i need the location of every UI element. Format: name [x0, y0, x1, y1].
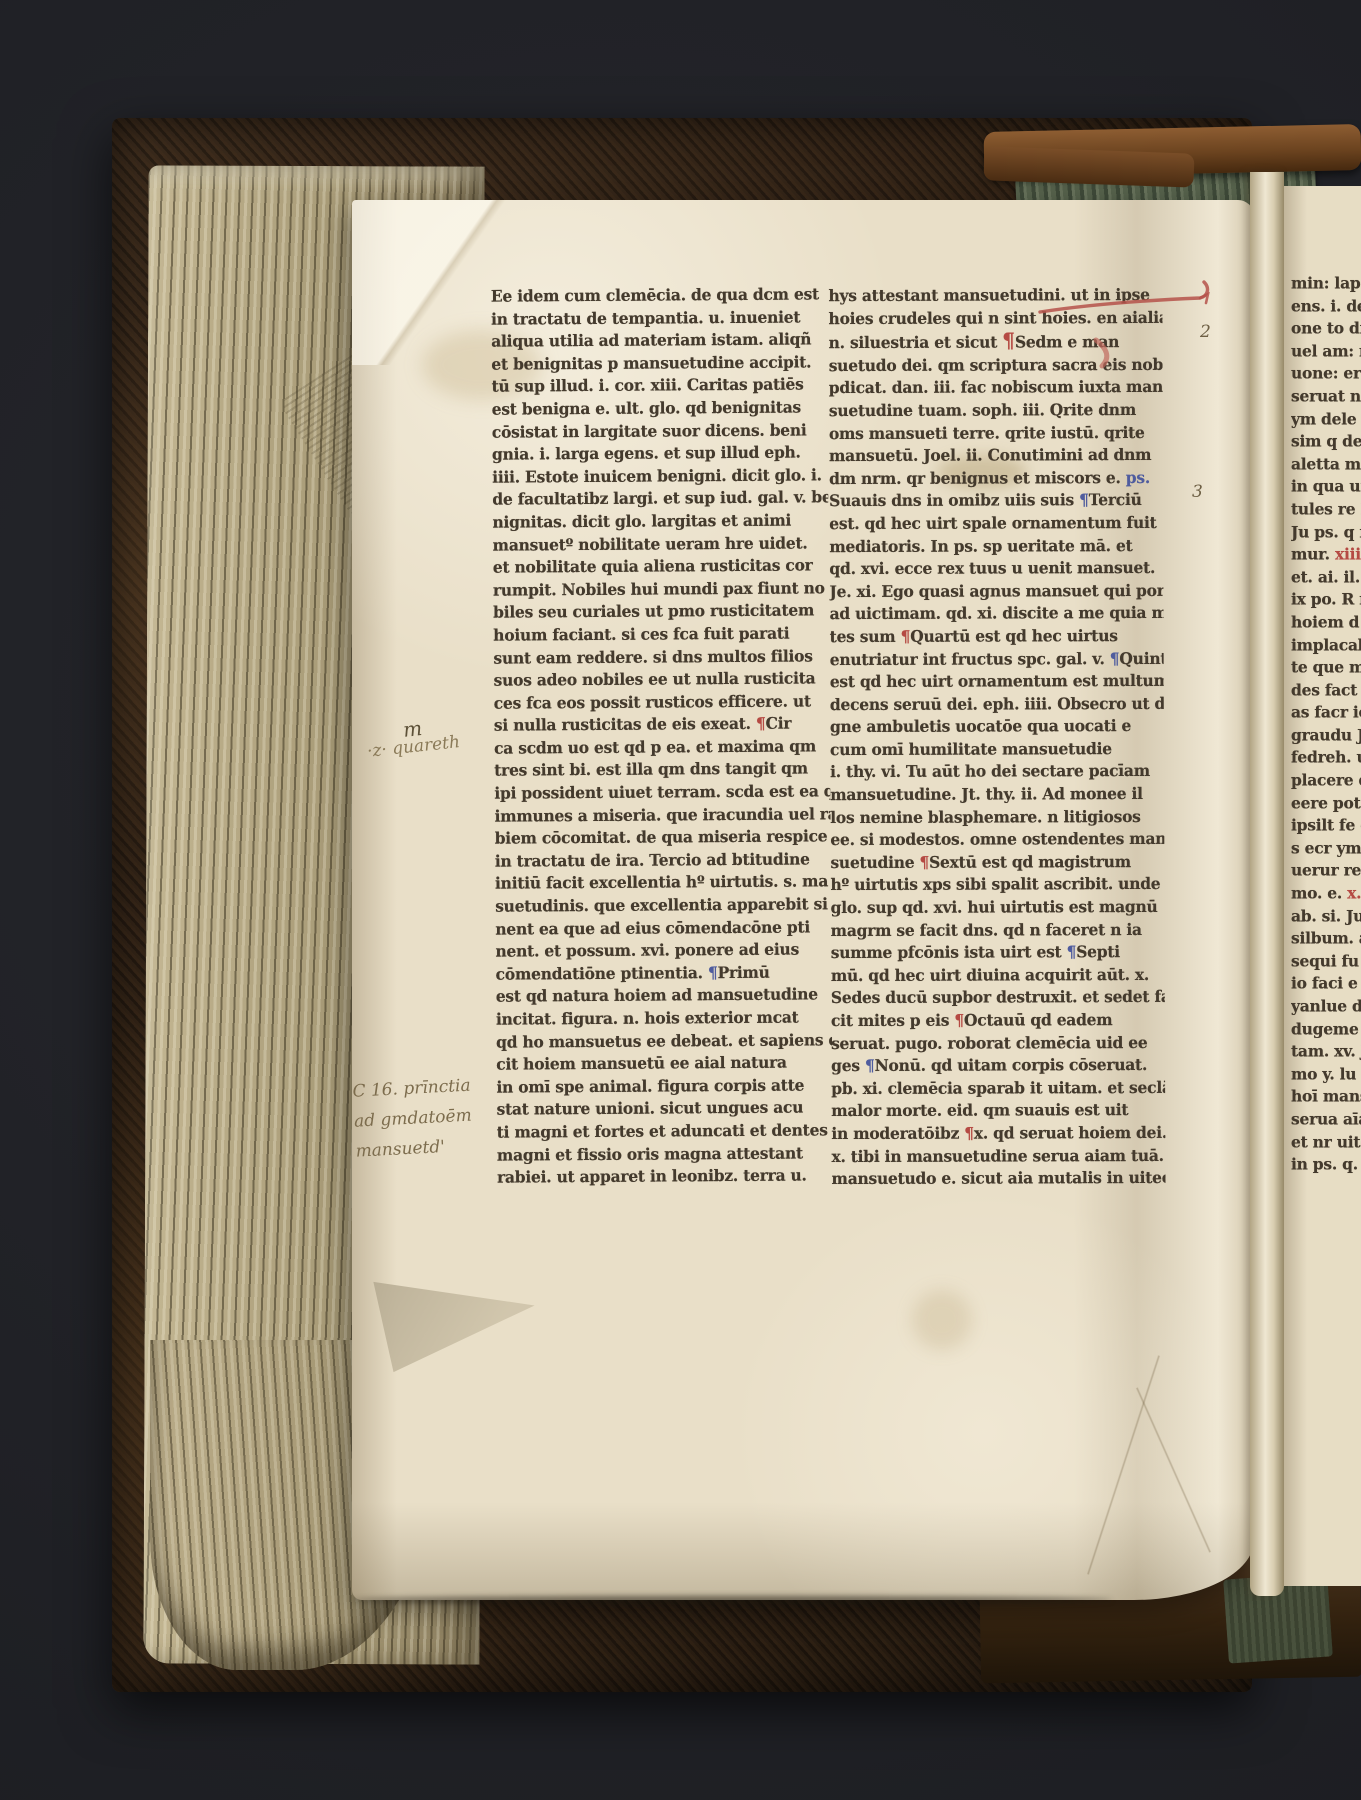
ink-text: s ecr ymo — [1291, 838, 1361, 858]
ink-text: nent. et possum. xvi. ponere ad eius — [495, 939, 799, 961]
manuscript-line: tules re Flo — [1291, 498, 1361, 521]
manuscript-line: ix po. R n — [1291, 588, 1361, 611]
ink-text: ab. si. Ju ua — [1291, 906, 1361, 926]
manuscript-line: biles seu curiales ut pmo rusticitatem — [493, 599, 829, 625]
ink-text: ym dele bar — [1291, 409, 1361, 429]
manuscript-line: mansuetº nobilitate ueram hre uidet. — [493, 531, 829, 557]
ink-text: Quintū — [1119, 648, 1163, 668]
ink-text: mo y. lu d — [1291, 1064, 1361, 1084]
ink-text: uone: erua — [1291, 363, 1361, 383]
manuscript-line: mo. e. x. Rome — [1291, 882, 1361, 905]
manuscript-line: placere dep — [1291, 769, 1361, 792]
manuscript-line: hoiem d o — [1291, 611, 1361, 634]
ink-text: est qd natura hoiem ad mansuetudine — [496, 984, 818, 1006]
rubric-mark: ¶ — [919, 852, 929, 872]
ink-text: pb. xi. clemēcia sparab it uitam. et sec… — [831, 1077, 1165, 1098]
ink-text: in ps. q. fu — [1291, 1154, 1361, 1174]
ink-text: seruat. pugo. roborat clemēcia uid ee — [831, 1032, 1147, 1053]
manuscript-line: initiū facit excellentia hº uirtutis. s.… — [495, 870, 831, 896]
page-stain — [912, 1290, 972, 1350]
ink-text: aletta moll — [1291, 454, 1361, 474]
ink-text: sim q del. m — [1291, 431, 1361, 451]
manuscript-line: hoies crudeles qui n sint hoies. en aial… — [828, 306, 1162, 330]
manuscript-line: suetudo dei. qm scriptura sacra eis nobi… — [829, 353, 1163, 377]
ink-text: mur. — [1291, 544, 1335, 564]
rubric-mark: xiii — [1335, 544, 1361, 564]
ink-text: mansuetº nobilitate ueram hre uidet. — [493, 533, 808, 555]
ink-text: mediatoris. In ps. sp ueritate mā. et — [829, 535, 1132, 556]
manuscript-line: de facultatibz largi. et sup iud. gal. v… — [492, 486, 828, 512]
ink-text: tes sum — [830, 626, 901, 646]
manuscript-line: dm nrm. qr benignus et miscors e. ps. — [829, 466, 1163, 490]
manuscript-line: graudu Ju — [1291, 724, 1361, 747]
ink-text: yanlue dici — [1291, 996, 1361, 1016]
ink-text: sunt eam reddere. si dns multos filios — [493, 645, 812, 667]
manuscript-line: fedreh. u. b — [1291, 746, 1361, 769]
manuscript-line: magrm se facit dns. qd n faceret n ia — [831, 918, 1165, 942]
rubric-mark: ¶ — [756, 714, 766, 734]
manuscript-line: ee. si modestos. omne ostendentes man — [830, 828, 1164, 852]
page-damage-triangle — [370, 1278, 538, 1376]
ink-text: oms mansueti terre. qrite iustū. qrite — [829, 422, 1145, 443]
ink-text: suetudo dei. qm scriptura sacra eis nobi… — [829, 354, 1163, 375]
manuscript-line: seruat ne m — [1291, 385, 1361, 408]
ink-text: uel am: re ui — [1291, 341, 1361, 361]
manuscript-line: qd. xvi. ecce rex tuus u uenit mansuet. — [829, 557, 1163, 581]
ink-text: in omī spe animal. figura corpis atte — [496, 1075, 804, 1097]
ink-text: Sedm e man — [1015, 332, 1119, 352]
manuscript-line: mansuetū. Joel. ii. Conutimini ad dnm — [829, 444, 1163, 468]
manuscript-line: mansuetudo e. sicut aia mutalis in uiteo… — [831, 1167, 1165, 1191]
ink-text: Primū — [717, 962, 769, 982]
ink-text: ces fca eos possit rusticos efficere. ut — [494, 691, 811, 713]
manuscript-line: decens seruū dei. eph. iiii. Obsecro ut … — [830, 692, 1164, 716]
manuscript-line: in moderatōibz ¶x. qd seruat hoiem dei. — [831, 1121, 1165, 1145]
manuscript-line: ipi possident uiuet terram. scda est ea … — [494, 780, 830, 806]
manuscript-line: pdicat. dan. iii. fac nobiscum iuxta man — [829, 376, 1163, 400]
ink-text: est qd hec uirt ornamentum est multum — [830, 671, 1164, 692]
ink-text: si nulla rusticitas de eis exeat. — [494, 714, 756, 735]
ink-text: gnia. i. larga egens. et sup illud eph. — [492, 442, 801, 464]
ink-text: Septi — [1076, 942, 1120, 962]
manuscript-line: hoium faciant. si ces fca fuit parati — [493, 622, 829, 648]
manuscript-line: sim q del. m — [1291, 430, 1361, 453]
ink-text: et nr uiteo — [1291, 1132, 1361, 1152]
manuscript-line: s ecr ymo — [1291, 837, 1361, 860]
manuscript-line: implacab ee — [1291, 634, 1361, 657]
rubric-mark: x. — [1347, 883, 1361, 903]
manuscript-line: serua aīa — [1291, 1108, 1361, 1131]
ink-text: et. ai. il. q — [1291, 567, 1361, 587]
text-column-right: hys attestant mansuetudini. ut in ipseho… — [828, 283, 1165, 1196]
ink-text: cōsistat in largitate suor dicens. beni — [492, 420, 807, 442]
manuscript-line: cit hoiem mansuetū ee aial natura — [496, 1051, 832, 1077]
ink-text: suetudine — [830, 852, 919, 872]
ink-text: initiū facit excellentia hº uirtutis. s.… — [495, 871, 828, 893]
ink-text: ca scdm uo est qd p ea. et maxima qm — [494, 736, 816, 758]
manuscript-line: cit mites p eis ¶Octauū qd eadem — [831, 1008, 1165, 1032]
ink-text: hoiem d o — [1291, 612, 1361, 632]
ink-text: qd. xvi. ecce rex tuus u uenit mansuet. — [829, 558, 1155, 579]
text-column-left: Ee idem cum clemēcia. de qua dcm estin t… — [491, 283, 833, 1197]
manuscript-line: in ps. q. fu — [1291, 1153, 1361, 1176]
ink-text: de facultatibz largi. et sup iud. gal. v… — [492, 487, 828, 509]
ink-text: tres sint bi. est illa qm dns tangit qm — [494, 758, 808, 780]
manuscript-line: biem cōcomitat. de qua miseria respice — [495, 825, 831, 851]
manuscript-line: ti magni et fortes et aduncati et dentes — [497, 1119, 833, 1145]
ink-text: Sedes ducū supbor destruxit. et sedet fa — [831, 987, 1165, 1008]
rubric-mark: ¶ — [901, 626, 911, 646]
rubric-mark: ps. — [1126, 467, 1150, 487]
ink-text: hº uirtutis xps sibi spalit ascribit. un… — [830, 874, 1160, 895]
manuscript-line: et nr uiteo — [1291, 1131, 1361, 1154]
ink-text: placere dep — [1291, 770, 1361, 790]
manuscript-line: Sedes ducū supbor destruxit. et sedet fa — [831, 986, 1165, 1010]
manuscript-line: suetudine tuam. soph. iii. Qrite dnm — [829, 398, 1163, 422]
manuscript-line: cōsistat in largitate suor dicens. beni — [492, 418, 828, 444]
manuscript-line: eere pot o. b — [1291, 792, 1361, 815]
manuscript-line: in qua uirtu — [1291, 475, 1361, 498]
ink-text: seruat ne m — [1291, 386, 1361, 406]
manuscript-line: ad uictimam. qd. xi. discite a me quia m… — [830, 602, 1164, 626]
ink-text: suetudine tuam. soph. iii. Qrite dnm — [829, 400, 1136, 421]
ink-text: Ju ps. q n fu — [1291, 522, 1361, 542]
ink-text: rabiei. ut apparet in leonibz. terra u. — [497, 1165, 807, 1187]
manuscript-line: min: lap — [1291, 272, 1361, 295]
ink-text: aliqua utilia ad materiam istam. aliqñ — [491, 329, 811, 351]
ink-text: malor morte. eid. qm suauis est uit — [831, 1100, 1128, 1121]
ink-text: mū. qd hec uirt diuina acquirit aūt. x. — [831, 964, 1149, 985]
manuscript-line: x. tibi in mansuetudine serua aiam tuā. — [831, 1144, 1165, 1168]
ink-text: nignitas. dicit glo. largitas et animi — [492, 510, 791, 532]
manuscript-line: rabiei. ut apparet in leonibz. terra u. — [497, 1164, 833, 1190]
manuscript-line: mansuetudine. Jt. thy. ii. Ad monee il — [830, 782, 1164, 806]
manuscript-line: magni et fissio oris magna attestant — [497, 1141, 833, 1167]
ink-text: n. siluestria et sicut — [829, 332, 1003, 352]
manuscript-line: yanlue dici — [1291, 995, 1361, 1018]
ink-text: ipi possident uiuet terram. scda est ea … — [494, 781, 830, 803]
ink-text: rumpit. Nobiles hui mundi pax fiunt no — [493, 578, 825, 600]
manuscript-line: oms mansueti terre. qrite iustū. qrite — [829, 421, 1163, 445]
ink-text: uerur re Ju — [1291, 860, 1361, 880]
ink-text: des fact re — [1291, 680, 1361, 700]
manuscript-line: silbum. a ep — [1291, 927, 1361, 950]
manuscript-line: et. ai. il. q — [1291, 566, 1361, 589]
manuscript-line: malor morte. eid. qm suauis est uit — [831, 1099, 1165, 1123]
rubric-mark: ¶ — [1079, 490, 1089, 510]
manuscript-line: est qd natura hoiem ad mansuetudine — [496, 983, 832, 1009]
ink-text: mansuetudo e. sicut aia mutalis in uiteo… — [831, 1168, 1165, 1189]
manuscript-line: io faci e io — [1291, 972, 1361, 995]
margin-note-mansuetudo: C 16. prīnctia ad gmdatoēm mansuetd' — [352, 1067, 536, 1166]
ink-text: in tractatu de tempantia. u. inueniet — [491, 307, 800, 329]
ink-text: incitat. figura. n. hois exterior mcat — [496, 1007, 799, 1029]
margin-numeral-2: 2 — [1200, 322, 1211, 342]
page-wrinkle — [1087, 1355, 1161, 1575]
manuscript-line: Suauis dns in omibz uiis suis ¶Terciū — [829, 489, 1163, 513]
page-fold-edge — [1250, 172, 1284, 1596]
ink-text: biles seu curiales ut pmo rusticitatem — [493, 600, 814, 622]
page-bottom-shadow — [352, 1596, 1112, 1604]
manuscript-line: aliqua utilia ad materiam istam. aliqñ — [491, 328, 827, 354]
ink-text: x. tibi in mansuetudine serua aiam tuā. — [831, 1145, 1163, 1166]
ink-text: Cir — [766, 713, 792, 733]
ink-text: hys attestant mansuetudini. ut in ipse — [828, 284, 1149, 305]
ink-text: stat nature unioni. sicut ungues acu — [497, 1097, 804, 1119]
ink-text: ix po. R n — [1291, 589, 1361, 609]
manuscript-line: mediatoris. In ps. sp ueritate mā. et — [829, 534, 1163, 558]
ink-text: te que m le — [1291, 657, 1361, 677]
manuscript-line: ens. i. deo fr — [1291, 295, 1361, 318]
margin-numeral-3: 3 — [1192, 482, 1203, 502]
manuscript-line: Ee idem cum clemēcia. de qua dcm est — [491, 283, 827, 309]
ink-text: cōmendatiōne ptinentia. — [496, 963, 708, 984]
ink-text: Nonū. qd uitam corpis cōseruat. — [875, 1055, 1148, 1076]
ink-text: ti magni et fortes et aduncati et dentes — [497, 1120, 828, 1142]
manuscript-line: suos adeo nobiles ee ut nulla rusticita — [494, 667, 830, 693]
manuscript-line: ges ¶Nonū. qd uitam corpis cōseruat. — [831, 1054, 1165, 1078]
manuscript-line: incitat. figura. n. hois exterior mcat — [496, 1006, 832, 1032]
ink-text: in moderatōibz — [831, 1123, 964, 1143]
manuscript-line: gne ambuletis uocatōe qua uocati e — [830, 715, 1164, 739]
manuscript-line: nent. et possum. xvi. ponere ad eius — [495, 938, 831, 964]
manuscript-line: ab. si. Ju ua — [1291, 905, 1361, 928]
manuscript-line: pb. xi. clemēcia sparab it uitam. et sec… — [831, 1076, 1165, 1100]
page-wrinkle — [1136, 1387, 1212, 1553]
manuscript-line: sequi fu u ui — [1291, 950, 1361, 973]
ink-text: x. qd seruat hoiem dei. — [974, 1122, 1166, 1142]
ink-text: min: lap — [1291, 273, 1360, 293]
ink-text: immunes a miseria. que iracundia uel ra — [494, 803, 830, 825]
manuscript-line: Ju ps. q n fu — [1291, 521, 1361, 544]
ink-text: Quartū est qd hec uirtus — [910, 626, 1118, 646]
ink-text: ee. si modestos. omne ostendentes man — [830, 829, 1164, 850]
ink-text: hoies crudeles qui n sint hoies. en aial… — [828, 307, 1162, 328]
manuscript-line: tres sint bi. est illa qm dns tangit qm — [494, 757, 830, 783]
ink-text: serua aīa — [1291, 1109, 1361, 1129]
ink-text: Octauū qd eadem — [964, 1010, 1112, 1030]
ink-text: suos adeo nobiles ee ut nulla rusticita — [494, 668, 816, 690]
manuscript-line: tam. xv. Ju d — [1291, 1040, 1361, 1063]
ink-text: silbum. a ep — [1291, 928, 1361, 948]
manuscript-line: ym dele bar — [1291, 408, 1361, 431]
manuscript-line: sunt eam reddere. si dns multos filios — [493, 644, 829, 670]
ink-text: graudu Ju — [1291, 725, 1361, 745]
ink-text: et nobilitate quia aliena rusticitas cor — [493, 555, 813, 577]
ink-text: cit mites p eis — [831, 1010, 954, 1030]
manuscript-line: uone: erua — [1291, 362, 1361, 385]
ink-text: mansuetū. Joel. ii. Conutimini ad dnm — [829, 445, 1151, 466]
ink-text: ges — [831, 1056, 865, 1076]
manuscript-line: suetudine ¶Sextū est qd magistrum — [830, 850, 1164, 874]
manuscript-line: est qd hec uirt ornamentum est multum — [830, 670, 1164, 694]
manuscript-line: mū. qd hec uirt diuina acquirit aūt. x. — [831, 963, 1165, 987]
manuscript-line: uel am: re ui — [1291, 340, 1361, 363]
manuscript-line: los nemine blasphemare. n litigiosos — [830, 805, 1164, 829]
manuscript-line: cum omī humilitate mansuetudie — [830, 737, 1164, 761]
manuscript-line: mur. xiii — [1291, 543, 1361, 566]
ink-text: dugeme pat — [1291, 1019, 1361, 1039]
ink-text: mansuetudine. Jt. thy. ii. Ad monee il — [830, 784, 1143, 805]
ink-text: in qua uirtu — [1291, 476, 1361, 496]
ink-text: fedreh. u. b — [1291, 747, 1361, 767]
ink-text: pdicat. dan. iii. fac nobiscum iuxta man — [829, 377, 1163, 398]
ink-text: hoī mansue — [1291, 1086, 1361, 1106]
ink-text: dm nrm. qr benignus et miscors e. — [829, 467, 1126, 488]
ink-text: in tractatu de ira. Tercio ad btitudine — [495, 849, 810, 871]
ink-text: tules re Flo — [1291, 499, 1361, 519]
ink-text: ipsilt fe eter — [1291, 815, 1361, 835]
clasp-strap-segment — [983, 146, 1194, 187]
ink-text: los nemine blasphemare. n litigiosos — [830, 806, 1140, 827]
ink-text: Je. xi. Ego quasi agnus mansuet qui port… — [829, 580, 1163, 601]
rubric-mark: ¶ — [1002, 329, 1015, 353]
rubric-mark: ¶ — [964, 1123, 974, 1143]
manuscript-line: et nobilitate quia aliena rusticitas cor — [493, 554, 829, 580]
manuscript-line: te que m le — [1291, 656, 1361, 679]
ink-text: one to dre — [1291, 318, 1361, 338]
manuscript-line: hys attestant mansuetudini. ut in ipse — [828, 283, 1162, 307]
ink-text: ens. i. deo fr — [1291, 296, 1361, 316]
manuscript-line: mo y. lu d — [1291, 1063, 1361, 1086]
ink-text: tū sup illud. i. cor. xiii. Caritas pati… — [491, 374, 803, 396]
ink-text: qd ho mansuetus ee debeat. et sapiens di — [496, 1029, 832, 1051]
ink-text: summe pfcōnis ista uirt est — [831, 942, 1067, 962]
ink-text: est benigna e. ult. glo. qd benignitas — [492, 397, 801, 419]
ink-text: cit hoiem mansuetū ee aial natura — [496, 1052, 787, 1074]
rubric-mark: ¶ — [954, 1010, 964, 1030]
ink-text: i. thy. vi. Tu aūt ho dei sectare pacīam — [830, 761, 1150, 782]
manuscript-line: hoī mansue — [1291, 1085, 1361, 1108]
manuscript-line: enutriatur int fructus spc. gal. v. ¶Qui… — [830, 647, 1164, 671]
next-recto-page: min: lapens. i. deo frone to dreuel am: … — [1284, 186, 1361, 1586]
ink-text: tam. xv. Ju d — [1291, 1041, 1361, 1061]
ink-text: Ee idem cum clemēcia. de qua dcm est — [491, 284, 819, 306]
manuscript-line: n. siluestria et sicut ¶Sedm e man — [829, 329, 1163, 355]
ink-text: iiii. Estote inuicem benigni. dicit glo.… — [492, 465, 822, 487]
manuscript-line: one to dre — [1291, 317, 1361, 340]
ink-text: et benignitas p mansuetudine accipit. — [491, 352, 811, 374]
manuscript-line: summe pfcōnis ista uirt est ¶Septi — [831, 941, 1165, 965]
manuscript-line: suetudinis. que excellentia apparebit si… — [495, 893, 831, 919]
ink-text: decens seruū dei. eph. iiii. Obsecro ut … — [830, 693, 1164, 714]
ink-text: est. qd hec uirt spale ornamentum fuit — [829, 512, 1156, 533]
open-verso-page: Ee idem cum clemēcia. de qua dcm estin t… — [352, 200, 1254, 1600]
manuscript-line: aletta moll — [1291, 453, 1361, 476]
ink-text: Sextū est qd magistrum — [929, 851, 1131, 871]
manuscript-line: est. qd hec uirt spale ornamentum fuit — [829, 511, 1163, 535]
ink-text: hoium faciant. si ces fca fuit parati — [493, 623, 789, 645]
rubric-mark: ¶ — [708, 962, 718, 982]
manuscript-line: ipsilt fe eter — [1291, 814, 1361, 837]
manuscript-line: i. thy. vi. Tu aūt ho dei sectare pacīam — [830, 760, 1164, 784]
manuscript-line: glo. sup qd. xvi. hui uirtutis est magnū — [831, 895, 1165, 919]
manuscript-line: tū sup illud. i. cor. xiii. Caritas pati… — [491, 373, 827, 399]
ink-text: ad uictimam. qd. xi. discite a me quia m… — [830, 603, 1164, 624]
ink-text: implacab ee — [1291, 635, 1361, 655]
manuscript-line: nignitas. dicit glo. largitas et animi — [492, 509, 828, 535]
ink-text: magni et fissio oris magna attestant — [497, 1143, 803, 1165]
manuscript-line: as facr io — [1291, 701, 1361, 724]
manuscript-line: tes sum ¶Quartū est qd hec uirtus — [830, 624, 1164, 648]
manuscript-line: hº uirtutis xps sibi spalit ascribit. un… — [830, 873, 1164, 897]
ink-text: Suauis dns in omibz uiis suis — [829, 490, 1079, 510]
text-column-partial: min: lapens. i. deo frone to dreuel am: … — [1291, 272, 1361, 1184]
manuscript-line: stat nature unioni. sicut ungues acu — [496, 1096, 832, 1122]
ink-text: eere pot o. b — [1291, 793, 1361, 813]
ink-text: magrm se facit dns. qd n faceret n ia — [831, 919, 1142, 940]
ink-text: enutriatur int fructus spc. gal. v. — [830, 648, 1110, 669]
manuscript-line: est benigna e. ult. glo. qd benignitas — [492, 396, 828, 422]
manuscript-line: uerur re Ju — [1291, 859, 1361, 882]
ink-text: biem cōcomitat. de qua miseria respice — [495, 826, 828, 848]
manuscript-line: Je. xi. Ego quasi agnus mansuet qui port… — [829, 579, 1163, 603]
manuscript-line: si nulla rusticitas de eis exeat. ¶Cir — [494, 712, 830, 738]
manuscript-photo: Ee idem cum clemēcia. de qua dcm estin t… — [0, 0, 1361, 1800]
manuscript-line: des fact re — [1291, 679, 1361, 702]
ink-text: sequi fu u ui — [1291, 951, 1361, 971]
rubric-mark: ¶ — [1110, 648, 1120, 668]
ink-text: suetudinis. que excellentia apparebit si… — [495, 894, 831, 916]
ink-text: io faci e io — [1291, 973, 1361, 993]
ink-text: nent ea que ad eius cōmendacōne pti — [495, 917, 810, 939]
manuscript-line: dugeme pat — [1291, 1018, 1361, 1041]
ink-text: as facr io — [1291, 702, 1361, 722]
ink-text: Terciū — [1089, 490, 1142, 510]
manuscript-line: seruat. pugo. roborat clemēcia uid ee — [831, 1031, 1165, 1055]
ink-text: glo. sup qd. xvi. hui uirtutis est magnū — [831, 897, 1158, 918]
ink-text: cum omī humilitate mansuetudie — [830, 739, 1112, 760]
ink-text: gne ambuletis uocatōe qua uocati e — [830, 716, 1131, 737]
ink-text: mo. e. — [1291, 883, 1347, 903]
manuscript-line: gnia. i. larga egens. et sup illud eph. — [492, 441, 828, 467]
